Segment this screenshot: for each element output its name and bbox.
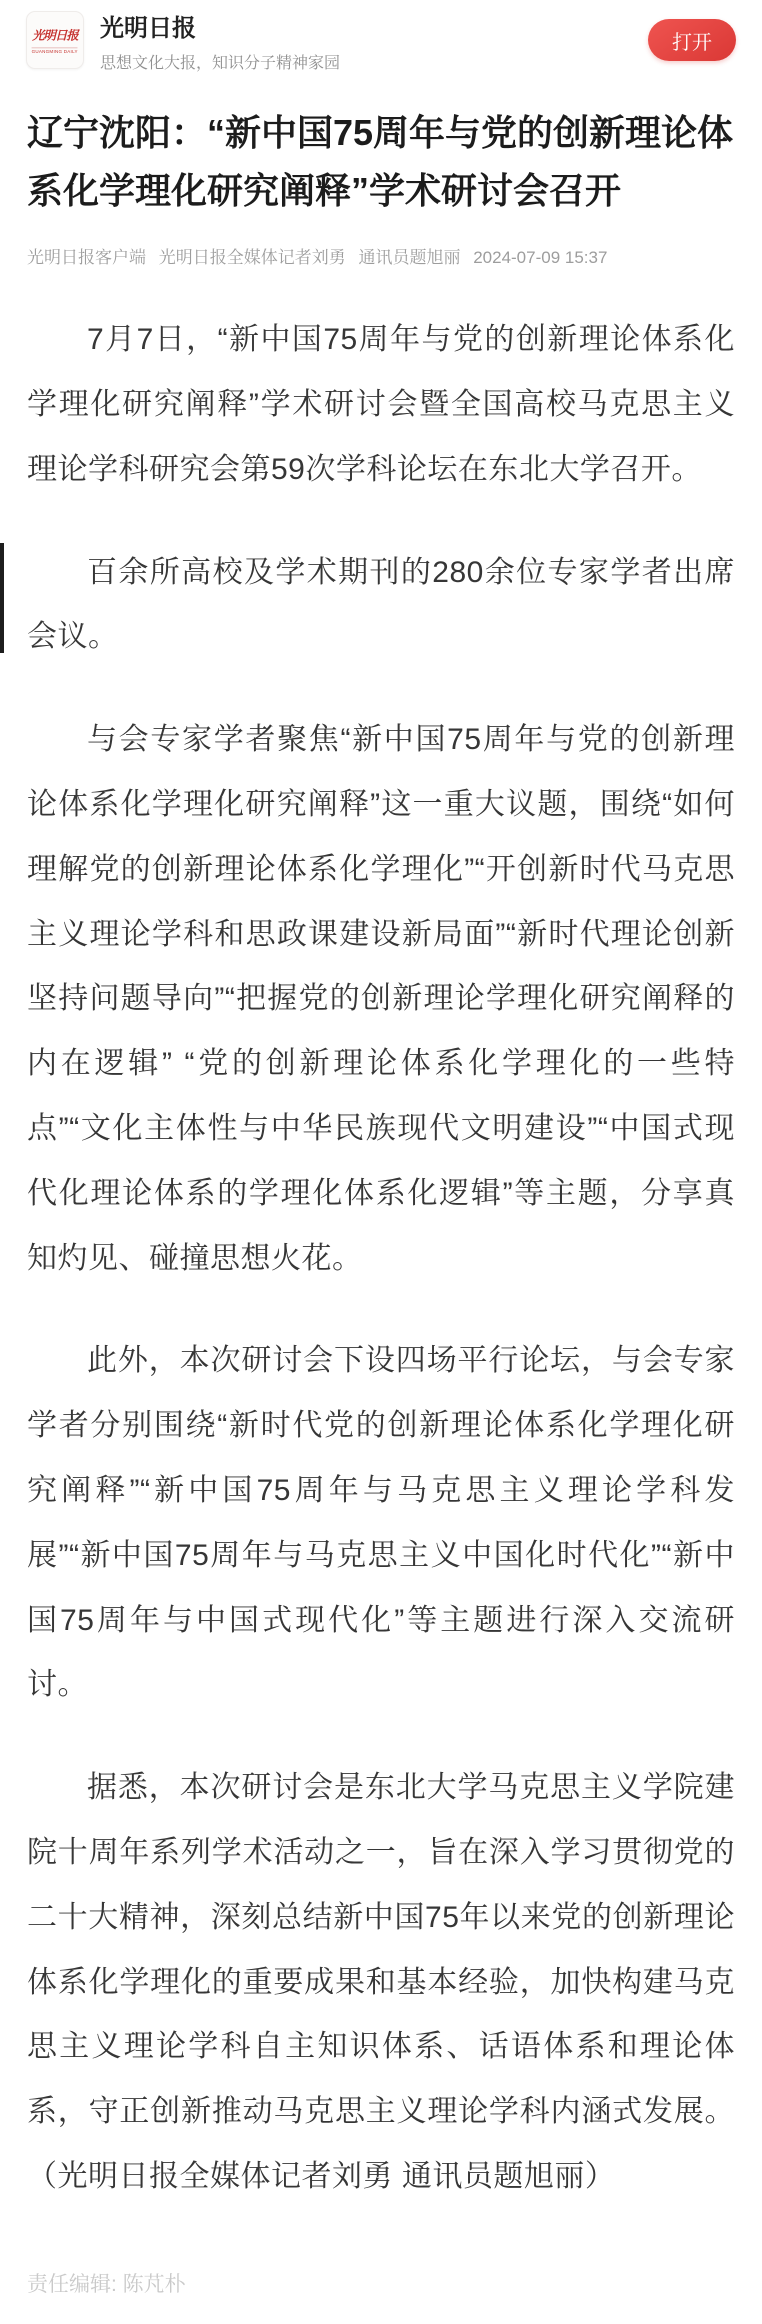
app-identity: 光明日报 思想文化大报，知识分子精神家园 — [100, 8, 648, 73]
paragraph: 据悉，本次研讨会是东北大学马克思主义学院建院十周年系列学术活动之一，旨在深入学习… — [27, 1756, 735, 2210]
article-meta: 光明日报客户端 光明日报全媒体记者刘勇 通讯员题旭丽 2024-07-09 15… — [27, 243, 735, 268]
article: 辽宁沈阳：“新中国75周年与党的创新理论体系化学理化研究阐释”学术研讨会召开 光… — [0, 104, 762, 2210]
paragraph: 百余所高校及学术期刊的280余位专家学者出席会议。 — [27, 541, 735, 671]
guangming-daily-logo: 光明日报 GUANGMING DAILY — [26, 11, 84, 69]
article-body: 7月7日，“新中国75周年与党的创新理论体系化学理化研究阐释”学术研讨会暨全国高… — [27, 308, 735, 2210]
article-reporter: 光明日报全媒体记者刘勇 — [159, 248, 346, 267]
left-edge-scroll-indicator — [0, 543, 4, 653]
paragraph: 与会专家学者聚焦“新中国75周年与党的创新理论体系化学理化研究阐释”这一重大议题… — [27, 708, 735, 1291]
article-source: 光明日报客户端 — [27, 248, 146, 267]
editor-credit: 责任编辑: 陈芃朴 — [0, 2248, 762, 2324]
open-in-app-button[interactable]: 打开 — [648, 19, 736, 61]
logo-latin-text: GUANGMING DAILY — [32, 47, 78, 54]
article-title: 辽宁沈阳：“新中国75周年与党的创新理论体系化学理化研究阐释”学术研讨会召开 — [27, 104, 735, 219]
paragraph: 7月7日，“新中国75周年与党的创新理论体系化学理化研究阐释”学术研讨会暨全国高… — [27, 308, 735, 502]
article-correspondent: 通讯员题旭丽 — [358, 248, 460, 267]
app-name: 光明日报 — [100, 8, 648, 43]
paragraph: 此外，本次研讨会下设四场平行论坛，与会专家学者分别围绕“新时代党的创新理论体系化… — [27, 1329, 735, 1718]
app-tagline: 思想文化大报，知识分子精神家园 — [100, 50, 648, 73]
article-datetime: 2024-07-09 15:37 — [473, 248, 607, 267]
app-banner: 光明日报 GUANGMING DAILY 光明日报 思想文化大报，知识分子精神家… — [0, 0, 762, 78]
logo-calligraphy-text: 光明日报 — [32, 25, 78, 43]
